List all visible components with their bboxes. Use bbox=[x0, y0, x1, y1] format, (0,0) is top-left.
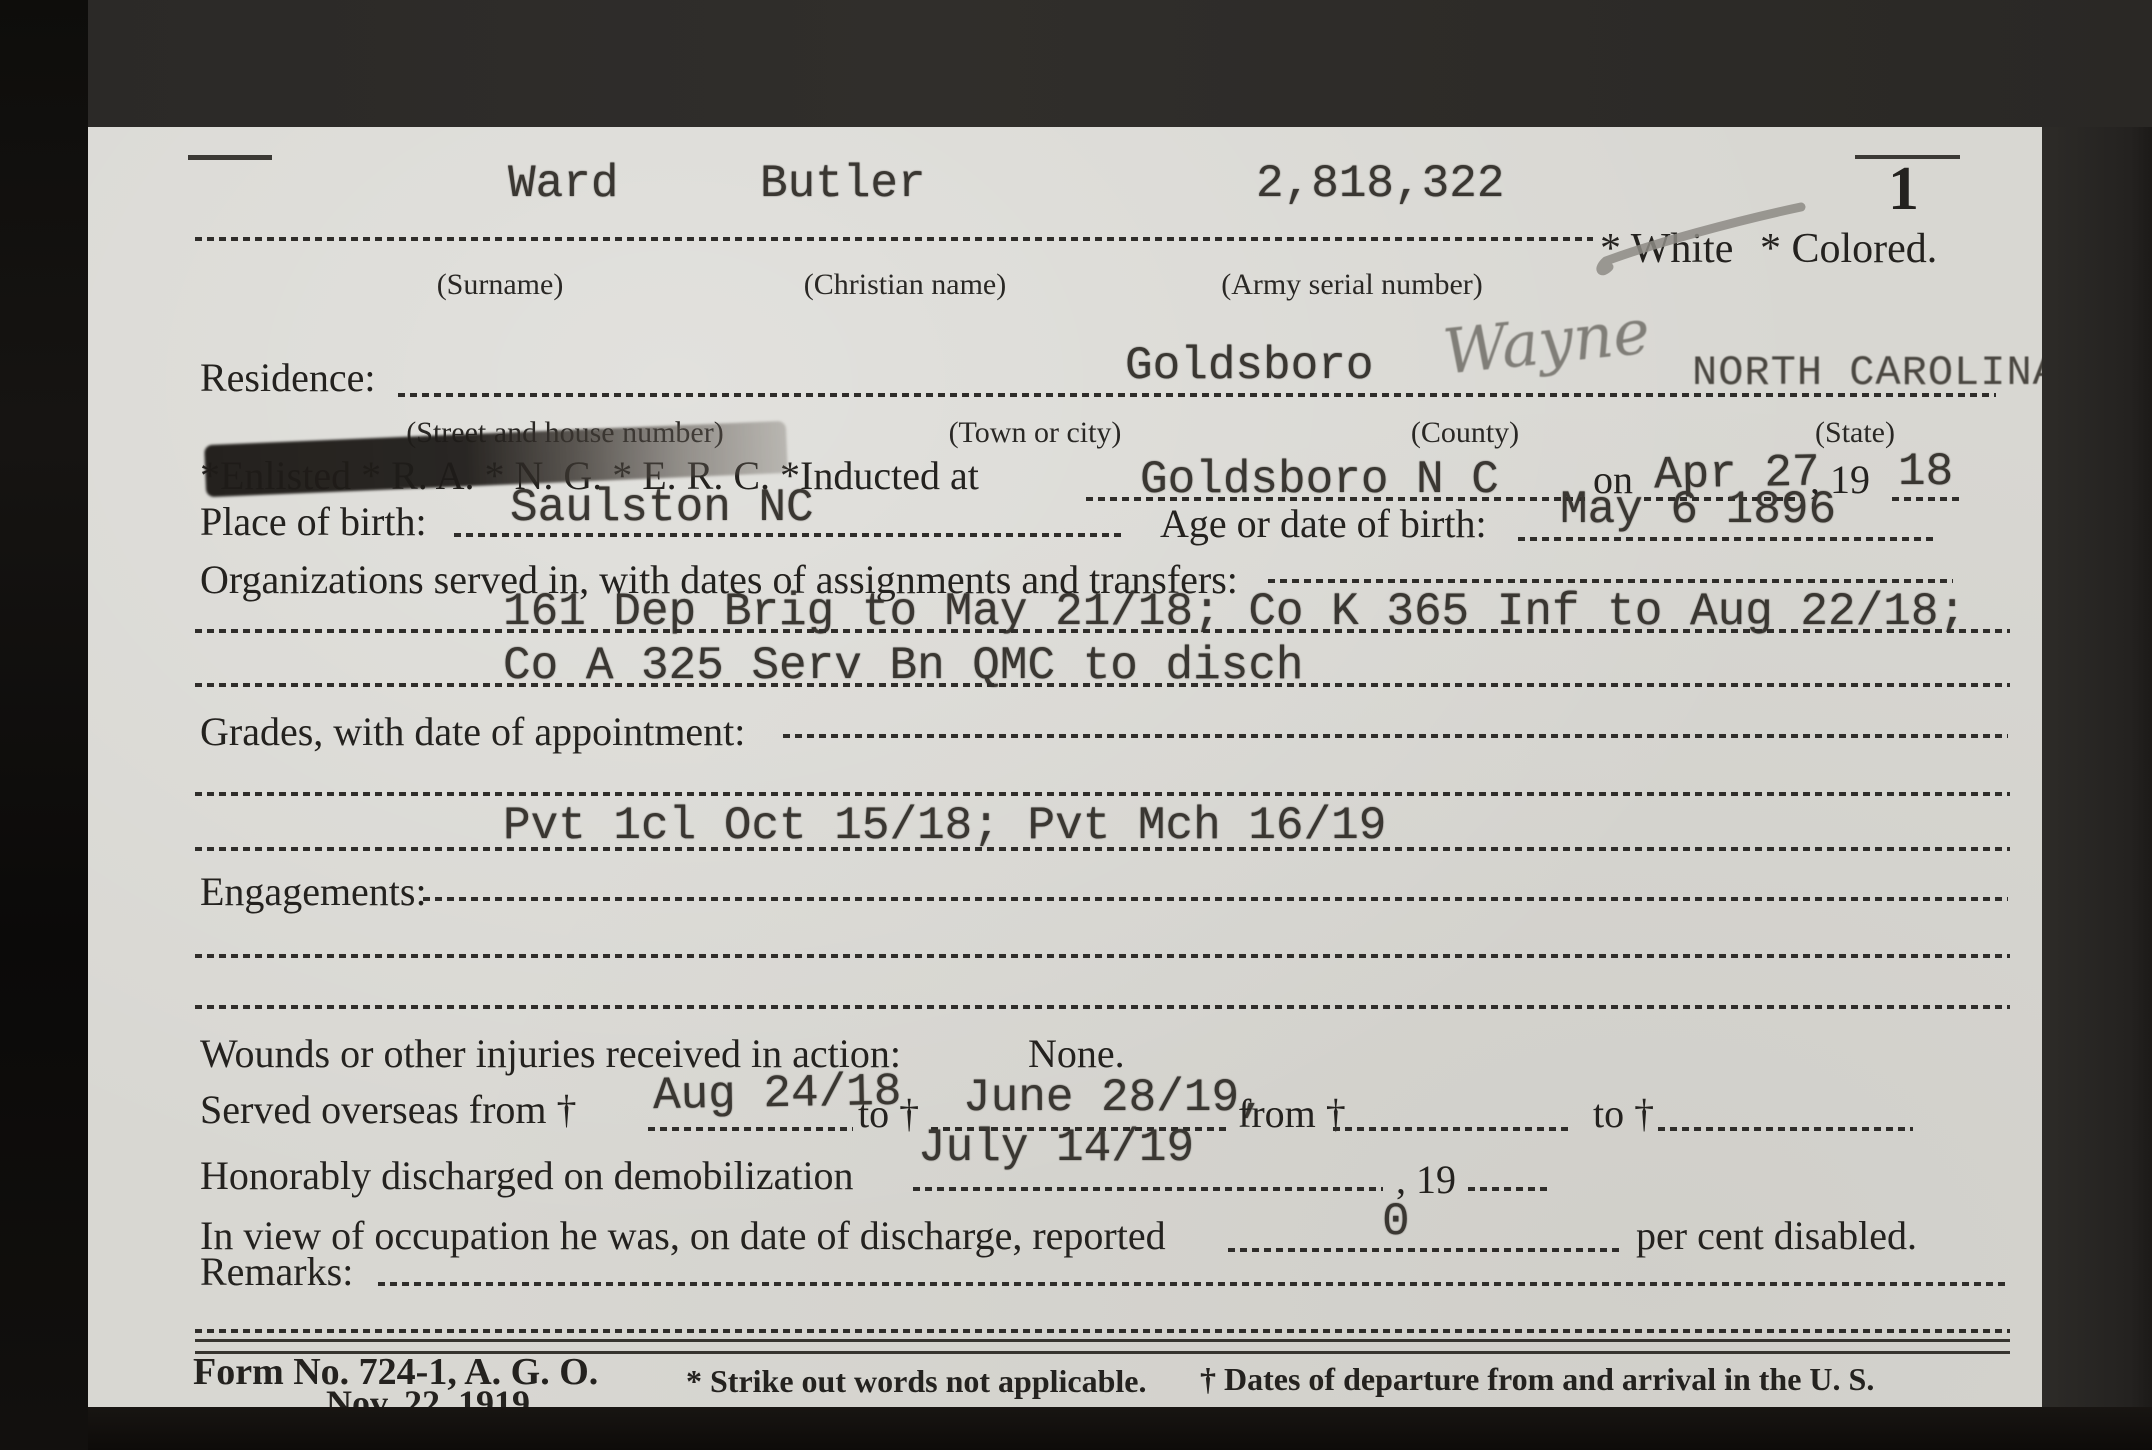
place-of-birth-label: Place of birth: bbox=[200, 501, 427, 543]
pencil-strike-white bbox=[1593, 197, 1823, 282]
residence-county-handwritten: Wayne bbox=[1440, 294, 1653, 388]
discharged-label: Honorably discharged on demobilization bbox=[200, 1155, 854, 1197]
served-overseas-label: Served overseas from † bbox=[200, 1089, 577, 1131]
service-record-card: 1 Ward Butler 2,818,322 * White * Colore… bbox=[88, 127, 2042, 1407]
ruled-line bbox=[913, 1187, 1383, 1191]
overseas-to-date-value: June 28/19, bbox=[963, 1075, 1267, 1121]
percent-disabled-label: per cent disabled. bbox=[1636, 1215, 1917, 1257]
scan-border-left bbox=[0, 0, 88, 1450]
ruled-line bbox=[195, 847, 2010, 851]
wounds-value: None. bbox=[1028, 1033, 1125, 1075]
disability-percent-value: 0 bbox=[1382, 1199, 1410, 1245]
inducted-at-value: Goldsboro N C bbox=[1140, 457, 1499, 503]
ruled-line bbox=[1518, 537, 1933, 541]
overseas-to-label: to † bbox=[858, 1093, 919, 1135]
discharge-date-value: July 14/19 bbox=[918, 1125, 1194, 1171]
ruled-line bbox=[1333, 1127, 1573, 1131]
ruled-line bbox=[454, 533, 1124, 537]
overseas-from2-label: from † bbox=[1238, 1093, 1346, 1135]
engagements-label: Engagements: bbox=[200, 871, 427, 913]
residence-town-value: Goldsboro bbox=[1125, 343, 1373, 389]
discharge-year-19-label: , 19 bbox=[1396, 1159, 1456, 1201]
christian-name-value: Butler bbox=[760, 161, 926, 207]
ruled-line bbox=[195, 237, 1593, 241]
residence-label: Residence: bbox=[200, 357, 376, 399]
ruled-line bbox=[378, 1282, 2006, 1286]
ruled-line bbox=[1658, 1127, 1913, 1131]
overseas-to2-label: to † bbox=[1593, 1093, 1654, 1135]
surname-caption: (Surname) bbox=[420, 269, 580, 301]
ruled-line bbox=[195, 629, 2010, 633]
ruled-line bbox=[195, 1329, 2010, 1333]
ruled-line bbox=[1268, 579, 1953, 583]
scan-border-bottom bbox=[88, 1407, 2152, 1450]
birthdate-value: May 6 1896 bbox=[1560, 487, 1836, 533]
ruled-line bbox=[1468, 1187, 1548, 1191]
christian-name-caption: (Christian name) bbox=[800, 269, 1010, 301]
surname-value: Ward bbox=[508, 161, 618, 207]
army-serial-caption: (Army serial number) bbox=[1207, 269, 1497, 301]
town-caption: (Town or city) bbox=[885, 417, 1185, 449]
ruled-line bbox=[195, 792, 2010, 796]
scan-border-top bbox=[88, 0, 2152, 127]
footnote-departure-dates: † Dates of departure from and arrival in… bbox=[1200, 1363, 1874, 1397]
age-or-birthdate-label: Age or date of birth: bbox=[1160, 503, 1487, 545]
ruled-line bbox=[195, 683, 2010, 687]
form-date: Nov. 22, 1919. bbox=[326, 1385, 539, 1407]
ruled-line bbox=[195, 1005, 2010, 1009]
ruled-line bbox=[423, 897, 2008, 901]
residence-state-stamp: NORTH CAROLINA bbox=[1692, 349, 2042, 397]
induction-year-value: 18 bbox=[1898, 449, 1953, 495]
top-left-dash-mark bbox=[188, 155, 272, 160]
ruled-line bbox=[1228, 1248, 1623, 1252]
ruled-line bbox=[195, 954, 2010, 958]
army-serial-value: 2,818,322 bbox=[1256, 161, 1504, 207]
grades-value: Pvt 1cl Oct 15/18; Pvt Mch 16/19 bbox=[503, 803, 1386, 849]
footnote-strike-out: * Strike out words not applicable. bbox=[686, 1365, 1146, 1399]
place-of-birth-value: Saulston NC bbox=[510, 485, 814, 531]
county-caption: (County) bbox=[1315, 417, 1615, 449]
state-caption: (State) bbox=[1705, 417, 2005, 449]
grades-label: Grades, with date of appointment: bbox=[200, 711, 745, 753]
scanned-service-card-page: { "document": { "page_number": "1", "nam… bbox=[0, 0, 2152, 1450]
ruled-line bbox=[648, 1127, 853, 1131]
page-number: 1 bbox=[1888, 157, 1919, 222]
scan-border-right bbox=[2042, 127, 2152, 1407]
remarks-label: Remarks: bbox=[200, 1251, 353, 1293]
ruled-line bbox=[783, 734, 2008, 738]
